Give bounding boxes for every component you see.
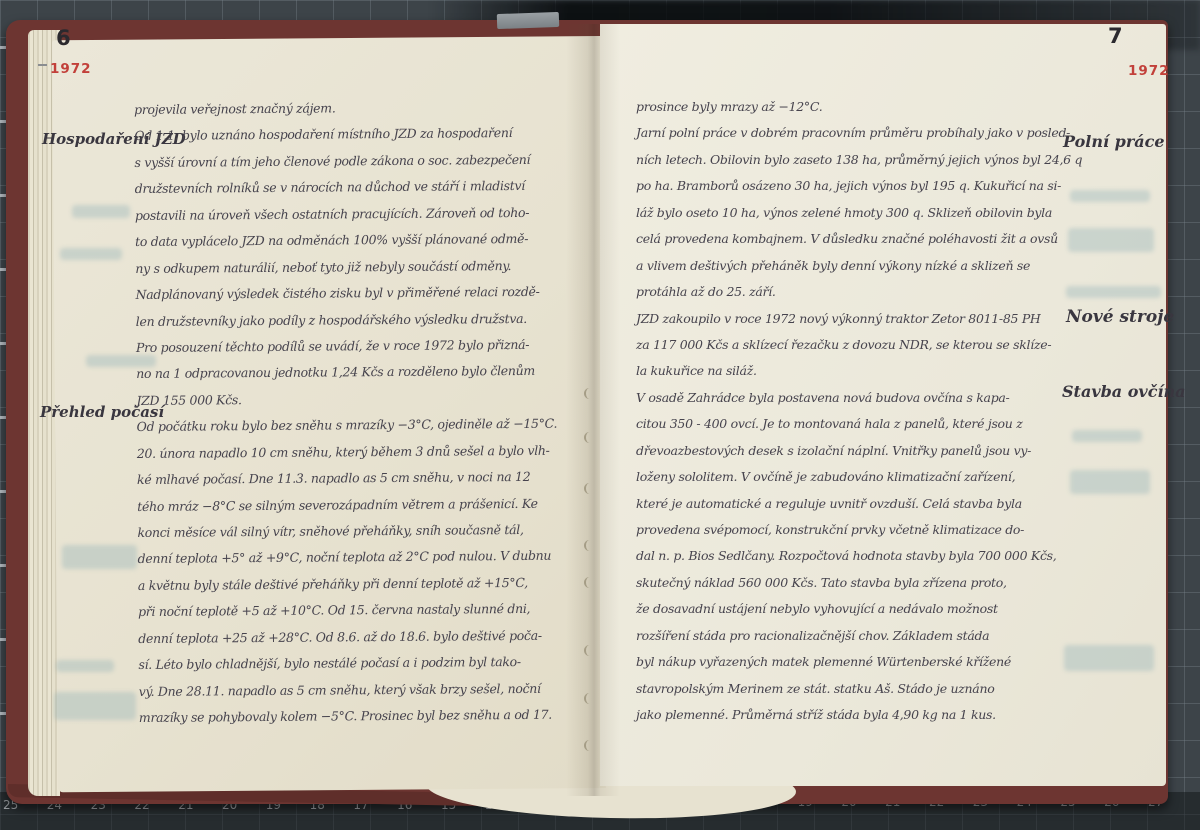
- year-stamp: 1972: [1128, 63, 1170, 79]
- handwritten-line: Nadplánovaný výsledek čistého zisku byl …: [135, 279, 575, 309]
- stitch-mark: [584, 432, 593, 443]
- page-number: 7: [1108, 24, 1123, 48]
- bleed-through-mark: [62, 545, 137, 569]
- handwritten-line: len družstevníky jako podíly z hospodářs…: [136, 305, 576, 335]
- handwritten-line: loženy sololitem. V ovčíně je zabudováno…: [636, 464, 1081, 490]
- handwritten-line: provedena svépomocí, konstrukční prvky v…: [636, 517, 1081, 543]
- handwritten-line: družstevních rolníků se v nárocích na dů…: [135, 173, 575, 203]
- handwritten-line: prosince byly mrazy až −12°C.: [636, 94, 1081, 120]
- bleed-through-mark: [1072, 430, 1142, 442]
- handwritten-line: byl nákup vyřazených matek plemenné Würt…: [636, 649, 1081, 675]
- handwritten-line: la kukuřice na siláž.: [636, 358, 1081, 384]
- handwritten-line: tého mráz −8°C se silným severozápadním …: [137, 490, 577, 520]
- stitch-mark: [584, 388, 593, 399]
- handwritten-line: Jarní polní práce v dobrém pracovním prů…: [636, 120, 1081, 146]
- handwritten-line: vý. Dne 28.11. napadlo as 5 cm sněhu, kt…: [139, 675, 579, 705]
- handwritten-line: mrazíky se pohybovaly kolem −5°C. Prosin…: [139, 702, 579, 732]
- handwritten-line: skutečný náklad 560 000 Kčs. Tato stavba…: [636, 570, 1081, 596]
- stitch-mark: [584, 540, 593, 551]
- right-page-body-text: prosince byly mrazy až −12°C.Jarní polní…: [636, 94, 1081, 729]
- handwritten-line: a květnu byly stále deštivé přeháňky při…: [138, 569, 578, 599]
- handwritten-line: ních letech. Obilovin bylo zaseto 138 ha…: [636, 147, 1081, 173]
- bleed-through-mark: [1070, 190, 1150, 202]
- handwritten-line: rozšíření stáda pro racionalizačnější ch…: [636, 623, 1081, 649]
- page-number: 6: [56, 26, 71, 50]
- handwritten-line: dřevoazbestových desek s izolační náplní…: [636, 438, 1081, 464]
- handwritten-line: protáhla až do 25. září.: [636, 279, 1081, 305]
- handwritten-line: dal n. p. Bios Sedlčany. Rozpočtová hodn…: [636, 543, 1081, 569]
- handwritten-line: konci měsíce vál silný vítr, sněhové pře…: [137, 517, 577, 547]
- handwritten-line: 20. února napadlo 10 cm sněhu, který běh…: [137, 437, 577, 467]
- handwritten-line: s vyšší úrovní a tím jeho členové podle …: [134, 146, 574, 176]
- handwritten-line: za 117 000 Kčs a sklízecí řezačku z dovo…: [636, 332, 1081, 358]
- handwritten-line: že dosavadní ustájení nebylo vyhovující …: [636, 596, 1081, 622]
- year-stamp: 1972: [50, 61, 92, 77]
- handwritten-line: ny s odkupem naturálií, neboť tyto již n…: [135, 252, 575, 282]
- handwritten-line: celá provedena kombajnem. V důsledku zna…: [636, 226, 1081, 252]
- bleed-through-mark: [54, 692, 136, 720]
- handwritten-line: to data vyplácelo JZD na odměnách 100% v…: [135, 226, 575, 256]
- handwritten-line: no na 1 odpracovanou jednotku 1,24 Kčs a…: [136, 358, 576, 388]
- left-page-body-text: projevila veřejnost značný zájem.Od 1.1.…: [134, 94, 579, 732]
- handwritten-line: denní teplota +25 až +28°C. Od 8.6. až d…: [138, 622, 578, 652]
- handwritten-line: JZD 155 000 Kčs.: [136, 384, 576, 414]
- handwritten-line: postavili na úroveň všech ostatních prac…: [135, 199, 575, 229]
- handwritten-line: a vlivem deštivých přeháněk byly denní v…: [636, 253, 1081, 279]
- handwritten-line: projevila veřejnost značný zájem.: [134, 94, 574, 124]
- handwritten-line: láž bylo oseto 10 ha, výnos zelené hmoty…: [636, 200, 1081, 226]
- bleed-through-mark: [1070, 470, 1150, 494]
- stitch-mark: [584, 693, 593, 704]
- handwritten-line: sí. Léto bylo chladnější, bylo nestálé p…: [138, 649, 578, 679]
- bleed-through-mark: [56, 660, 114, 672]
- handwritten-line: JZD zakoupilo v roce 1972 nový výkonný t…: [636, 306, 1081, 332]
- handwritten-line: Od 1.1. bylo uznáno hospodaření místního…: [134, 120, 574, 150]
- year-dash-mark: [38, 64, 47, 66]
- handwritten-line: V osadě Zahrádce byla postavena nová bud…: [636, 385, 1081, 411]
- binding-clip: [497, 12, 559, 29]
- bleed-through-mark: [72, 205, 130, 218]
- handwritten-line: Od počátku roku bylo bez sněhu s mrazíky…: [136, 411, 576, 441]
- handwritten-line: při noční teplotě +5 až +10°C. Od 15. če…: [138, 596, 578, 626]
- chronicle-photo: 252423222120191817161514 121314151617181…: [0, 0, 1200, 830]
- bleed-through-mark: [60, 248, 122, 260]
- stitch-mark: [584, 645, 593, 656]
- handwritten-line: citou 350 - 400 ovcí. Je to montovaná ha…: [636, 411, 1081, 437]
- handwritten-line: denní teplota +5° až +9°C, noční teplota…: [138, 543, 578, 573]
- handwritten-line: ké mlhavé počasí. Dne 11.3. napadlo as 5…: [137, 464, 577, 494]
- stitch-mark: [584, 577, 593, 588]
- handwritten-line: stavropolským Merinem ze stát. statku Aš…: [636, 676, 1081, 702]
- handwritten-line: Pro posouzení těchto podílů se uvádí, že…: [136, 331, 576, 361]
- stitch-mark: [584, 740, 593, 751]
- stitch-mark: [584, 483, 593, 494]
- handwritten-line: po ha. Bramborů osázeno 30 ha, jejich vý…: [636, 173, 1081, 199]
- margin-heading: Nové stroje: [1066, 307, 1174, 327]
- handwritten-line: jako plemenné. Průměrná stříž stáda byla…: [636, 702, 1081, 728]
- handwritten-line: které je automatické a reguluje uvnitř o…: [636, 491, 1081, 517]
